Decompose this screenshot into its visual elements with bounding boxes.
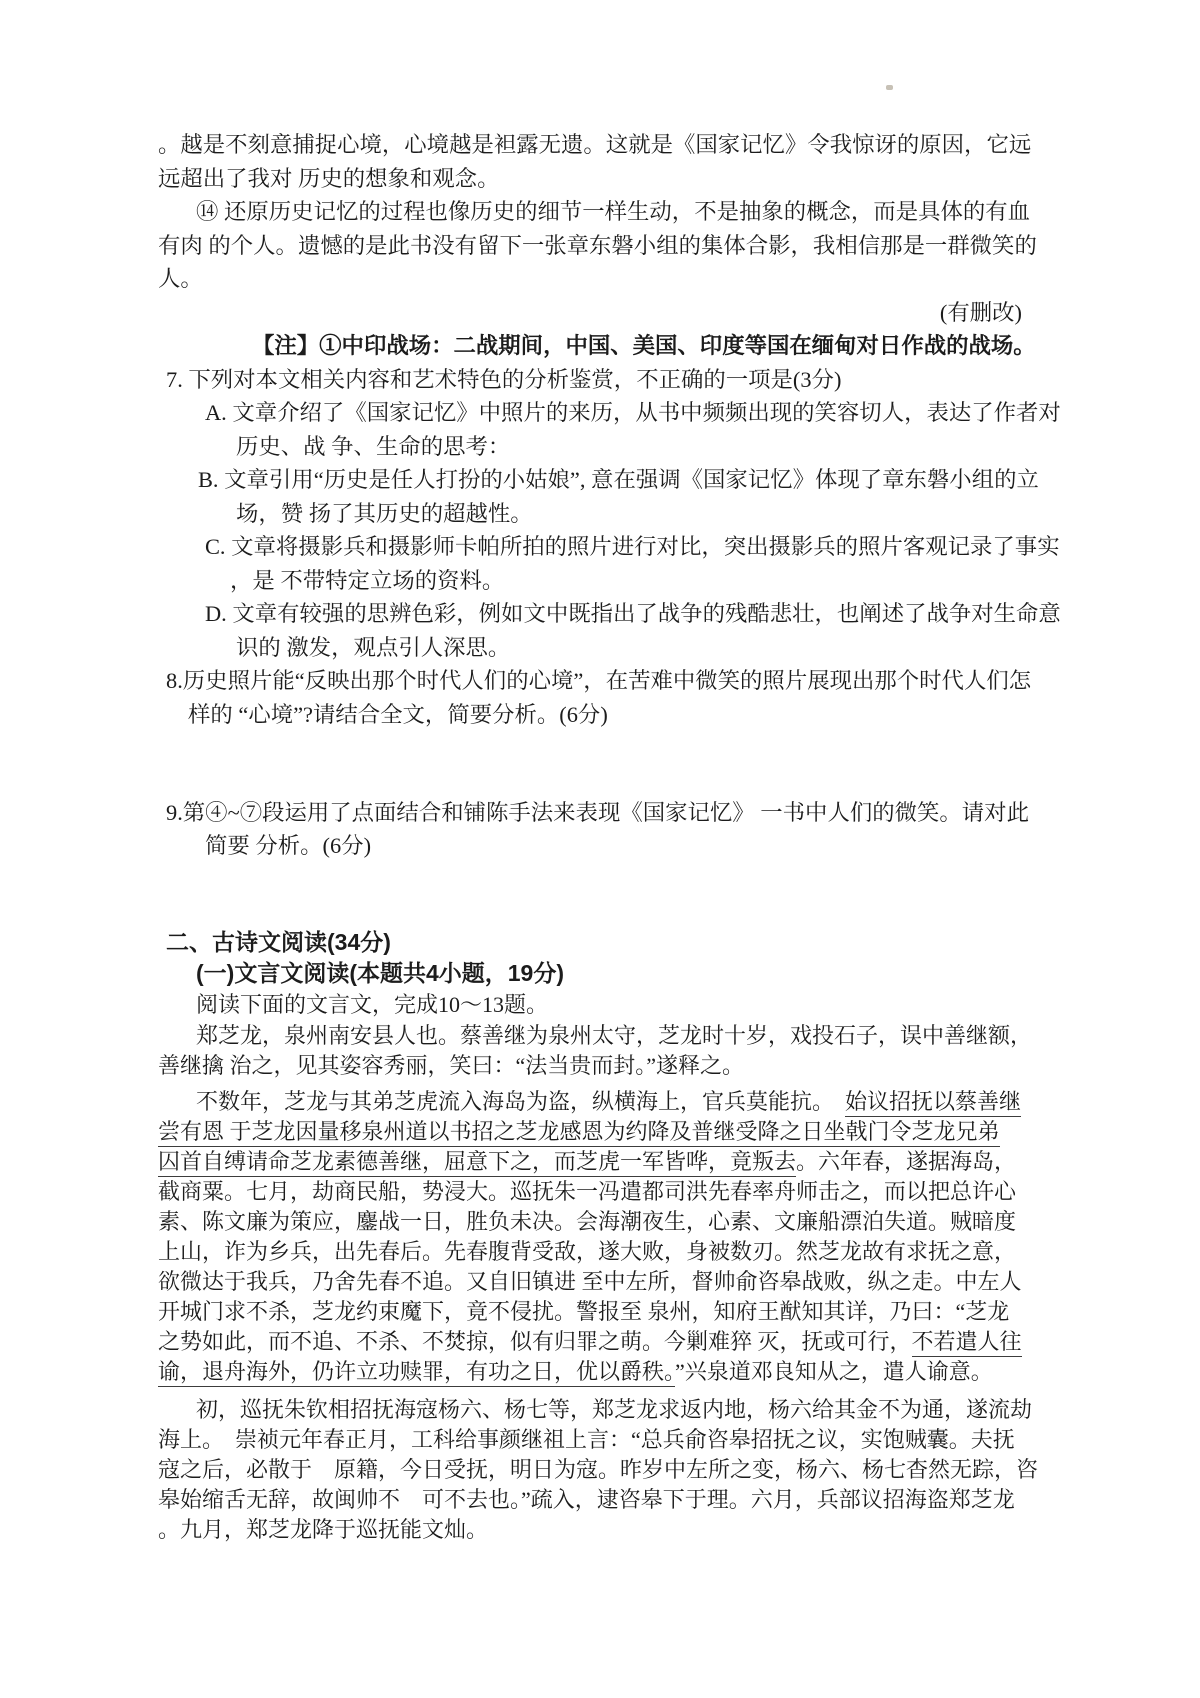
- underlined-passage: 始议招抚以蔡善继: [845, 1089, 1021, 1117]
- passage-line: 郑芝龙，泉州南安县人也。蔡善继为泉州太守，芝龙时十岁，戏投石子，误中善继额，: [158, 1021, 1050, 1051]
- question-9: 9.第④~⑦段运用了点面结合和铺陈手法来表现《国家记忆》 一书中人们的微笑。请对…: [158, 796, 1050, 829]
- passage-line: 开城门求不杀，芝龙约束魔下，竟不侵扰。警报至 泉州，知府王猷知其详，乃曰：“芝龙: [158, 1297, 1050, 1327]
- text-segment: 初，巡抚朱钦相招抚海寇杨六、杨七等，郑芝龙求返内地，杨六给其金不为通，遂流劫: [196, 1397, 1032, 1422]
- text-segment: 。越是不刻意捕捉心境，心境越是袒露无遗。这就是《国家记忆》令我惊讶的原因，它远: [158, 132, 1031, 157]
- passage-line: 截商粟。七月，劫商民船，势浸大。巡抚朱一冯遣都司洪先春率舟师击之，而以把总许心: [158, 1177, 1050, 1207]
- scan-artifact: [886, 85, 893, 90]
- footnote: 【注】①中印战场：二战期间，中国、美国、印度等国在缅甸对日作战的战场。: [158, 329, 1050, 363]
- passage-line: 囚首自缚请命芝龙素德善继，屈意下之，而芝虎一军皆哗，竟叛去。六年春，遂据海岛，: [158, 1147, 1050, 1177]
- text-segment: 场，赞 扬了其历史的超越性。: [236, 501, 533, 526]
- passage-line: 尝有恩 于芝龙因量移泉州道以书招之芝龙感恩为约降及普继受降之日坐戟门令芝龙兄弟: [158, 1117, 1050, 1147]
- text-segment: (有删改): [940, 300, 1022, 325]
- question-7-option-a: A. 文章介绍了《国家记忆》中照片的来历，从书中频频出现的笑容切人，表达了作者对: [158, 396, 1050, 430]
- question-8: 8.历史照片能“反映出那个时代人们的心境”，在苦难中微笑的照片展现出那个时代人们…: [158, 664, 1050, 698]
- section-2-1-title: (一)文言文阅读(本题共4小题，19分): [158, 958, 1050, 989]
- text-segment: 二、古诗文阅读(34分): [166, 929, 391, 955]
- text-segment: 素、陈文廉为策应，鏖战一日，胜负未决。会海潮夜生，心素、文廉船漂泊失道。贼暗度: [158, 1209, 1016, 1234]
- text-segment: 皋始缩舌无辞，故闽帅不 可不去也。”疏入，逮咨皋下于理。六月，兵部议招海盗郑芝龙: [158, 1487, 1015, 1512]
- text-segment: 识的 激发，观点引人深思。: [236, 635, 510, 660]
- document-content: 。越是不刻意捕捉心境，心境越是袒露无遗。这就是《国家记忆》令我惊讶的原因，它远远…: [158, 128, 1050, 1545]
- question-7-option-a: 历史、战 争、生命的思考：: [158, 430, 1050, 464]
- text-segment: 远超出了我对 历史的想象和观念。: [158, 166, 499, 191]
- passage-line: 海上。 崇祯元年春正月，工科给事颜继祖上言：“总兵俞咨皋招抚之议，实饱贼囊。夫抚: [158, 1425, 1050, 1455]
- text-segment: 开城门求不杀，芝龙约束魔下，竟不侵扰。警报至 泉州，知府王猷知其详，乃曰：“芝龙: [158, 1299, 1009, 1324]
- classical-passage-paragraph-1: 郑芝龙，泉州南安县人也。蔡善继为泉州太守，芝龙时十岁，戏投石子，误中善继额，善继…: [158, 1021, 1050, 1081]
- text-segment: 欲微达于我兵，乃舍先春不追。又自旧镇进 至中左所，督帅俞咨皋战败，纵之走。中左人: [158, 1269, 1022, 1294]
- text-segment: 。九月，郑芝龙降于巡抚能文灿。: [158, 1517, 488, 1542]
- underlined-passage: 谕，退舟海外，仍许立功赎罪，有功之日，优以爵秩。: [158, 1359, 675, 1387]
- passage-line: 素、陈文廉为策应，鏖战一日，胜负未决。会海潮夜生，心素、文廉船漂泊失道。贼暗度: [158, 1207, 1050, 1237]
- text-segment: 郑芝龙，泉州南安县人也。蔡善继为泉州太守，芝龙时十岁，戏投石子，误中善继额，: [196, 1023, 1032, 1048]
- passage-line: 欲微达于我兵，乃舍先春不追。又自旧镇进 至中左所，督帅俞咨皋战败，纵之走。中左人: [158, 1267, 1050, 1297]
- text-segment: 善继擒 治之，见其姿容秀丽，笑曰：“法当贵而封。”遂释之。: [158, 1053, 744, 1078]
- text-segment: 简要 分析。(6分): [205, 833, 371, 858]
- essay-line: ⑭ 还原历史记忆的过程也像历史的细节一样生动，不是抽象的概念，而是具体的有血: [158, 195, 1050, 229]
- question-8: 样的 “心境”?请结合全文，简要分析。(6分): [158, 698, 1050, 732]
- question-7-option-d: 识的 激发，观点引人深思。: [158, 631, 1050, 665]
- passage-line: 上山，诈为乡兵，出先春后。先春腹背受敌，遂大败，身被数刃。然芝龙故有求抚之意，: [158, 1237, 1050, 1267]
- exam-paper-page: 。越是不刻意捕捉心境，心境越是袒露无遗。这就是《国家记忆》令我惊讶的原因，它远远…: [0, 0, 1200, 1698]
- text-segment: A. 文章介绍了《国家记忆》中照片的来历，从书中频频出现的笑容切人，表达了作者对: [205, 400, 1061, 425]
- question-9: 简要 分析。(6分): [158, 829, 1050, 862]
- passage-line: 之势如此，而不追、不杀、不焚掠，似有归罪之萌。今剿难猝 灭，抚或可行，不若遣人往: [158, 1327, 1050, 1357]
- text-segment: ”兴泉道邓良知从之，遣人谕意。: [675, 1359, 993, 1384]
- essay-line: 有肉 的个人。遗憾的是此书没有留下一张章东磐小组的集体合影，我相信那是一群微笑的: [158, 229, 1050, 263]
- text-segment: 海上。 崇祯元年春正月，工科给事颜继祖上言：“总兵俞咨皋招抚之议，实饱贼囊。夫抚: [158, 1427, 1015, 1452]
- text-segment: D. 文章有较强的思辨色彩，例如文中既指出了战争的残酷悲壮，也阐述了战争对生命意: [205, 601, 1061, 626]
- text-segment: 8.历史照片能“反映出那个时代人们的心境”，在苦难中微笑的照片展现出那个时代人们…: [166, 668, 1031, 693]
- passage-line: 善继擒 治之，见其姿容秀丽，笑曰：“法当贵而封。”遂释之。: [158, 1051, 1050, 1081]
- reading-instruction: 阅读下面的文言文，完成10～13题。: [158, 989, 1050, 1020]
- text-segment: 寇之后，必散于 原籍，今日受抚，明日为寇。昨岁中左所之变，杨六、杨七杳然无踪，咨: [158, 1457, 1038, 1482]
- question-7-option-c: ，是 不带特定立场的资料。: [158, 564, 1050, 598]
- text-segment: 不数年，芝龙与其弟芝虎流入海岛为盗，纵横海上，官兵莫能抗。: [196, 1089, 845, 1114]
- text-segment: 有肉 的个人。遗憾的是此书没有留下一张章东磐小组的集体合影，我相信那是一群微笑的: [158, 233, 1037, 258]
- text-segment: (一)文言文阅读(本题共4小题，19分): [196, 960, 564, 986]
- underlined-passage: 不若遣人往: [912, 1329, 1022, 1357]
- question-7-option-c: C. 文章将摄影兵和摄影师卡帕所拍的照片进行对比，突出摄影兵的照片客观记录了事实: [158, 530, 1050, 564]
- text-segment: 阅读下面的文言文，完成10～13题。: [196, 992, 548, 1017]
- text-segment: 上山，诈为乡兵，出先春后。先春腹背受敌，遂大败，身被数刃。然芝龙故有求抚之意，: [158, 1239, 1016, 1264]
- question-7-option-b: B. 文章引用“历史是任人打扮的小姑娘”, 意在强调《国家记忆》体现了章东磐小组…: [158, 463, 1050, 497]
- underlined-passage: 囚首自缚请命: [158, 1149, 290, 1177]
- text-segment: C. 文章将摄影兵和摄影师卡帕所拍的照片进行对比，突出摄影兵的照片客观记录了事实: [205, 534, 1060, 559]
- text-segment: 7. 下列对本文相关内容和艺术特色的分析鉴赏，不正确的一项是(3分): [166, 367, 841, 392]
- text-segment: ，是 不带特定立场的资料。: [230, 568, 504, 593]
- question-7-stem: 7. 下列对本文相关内容和艺术特色的分析鉴赏，不正确的一项是(3分): [158, 363, 1050, 397]
- question-7-option-d: D. 文章有较强的思辨色彩，例如文中既指出了战争的残酷悲壮，也阐述了战争对生命意: [158, 597, 1050, 631]
- passage-line: 初，巡抚朱钦相招抚海寇杨六、杨七等，郑芝龙求返内地，杨六给其金不为通，遂流劫: [158, 1395, 1050, 1425]
- question-7-option-b: 场，赞 扬了其历史的超越性。: [158, 497, 1050, 531]
- section-2-title: 二、古诗文阅读(34分): [158, 927, 1050, 958]
- text-segment: 之势如此，而不追、不杀、不焚掠，似有归罪之萌。今剿难猝 灭，抚或可行，: [158, 1329, 912, 1354]
- essay-end-and-questions-7-8: 。越是不刻意捕捉心境，心境越是袒露无遗。这就是《国家记忆》令我惊讶的原因，它远远…: [158, 128, 1050, 731]
- underlined-passage: 芝龙素德善继，屈意下之，而芝虎一军皆哗，竟叛去: [290, 1149, 796, 1177]
- section-2-headings: 二、古诗文阅读(34分)(一)文言文阅读(本题共4小题，19分)阅读下面的文言文…: [158, 927, 1050, 1020]
- essay-line: 。越是不刻意捕捉心境，心境越是袒露无遗。这就是《国家记忆》令我惊讶的原因，它远: [158, 128, 1050, 162]
- classical-passage-paragraph-3: 初，巡抚朱钦相招抚海寇杨六、杨七等，郑芝龙求返内地，杨六给其金不为通，遂流劫海上…: [158, 1395, 1050, 1545]
- underlined-passage: 尝有恩 于芝龙因量移泉州道以书招之芝龙感恩为约降及普继受降之日坐戟门令芝龙兄弟: [158, 1119, 1000, 1147]
- text-segment: ⑭ 还原历史记忆的过程也像历史的细节一样生动，不是抽象的概念，而是具体的有血: [196, 199, 1030, 224]
- essay-line: 远超出了我对 历史的想象和观念。: [158, 162, 1050, 196]
- passage-line: 谕，退舟海外，仍许立功赎罪，有功之日，优以爵秩。”兴泉道邓良知从之，遣人谕意。: [158, 1357, 1050, 1387]
- text-segment: 【注】①中印战场：二战期间，中国、美国、印度等国在缅甸对日作战的战场。: [252, 333, 1036, 358]
- deleted-note: (有删改): [158, 296, 1050, 330]
- text-segment: 截商粟。七月，劫商民船，势浸大。巡抚朱一冯遣都司洪先春率舟师击之，而以把总许心: [158, 1179, 1016, 1204]
- text-segment: 历史、战 争、生命的思考：: [236, 434, 510, 459]
- text-segment: 9.第④~⑦段运用了点面结合和铺陈手法来表现《国家记忆》 一书中人们的微笑。请对…: [166, 800, 1029, 825]
- passage-line: 皋始缩舌无辞，故闽帅不 可不去也。”疏入，逮咨皋下于理。六月，兵部议招海盗郑芝龙: [158, 1485, 1050, 1515]
- question-9: 9.第④~⑦段运用了点面结合和铺陈手法来表现《国家记忆》 一书中人们的微笑。请对…: [158, 796, 1050, 862]
- essay-line: 人。: [158, 262, 1050, 296]
- passage-line: 寇之后，必散于 原籍，今日受抚，明日为寇。昨岁中左所之变，杨六、杨七杳然无踪，咨: [158, 1455, 1050, 1485]
- passage-line: 不数年，芝龙与其弟芝虎流入海岛为盗，纵横海上，官兵莫能抗。 始议招抚以蔡善继: [158, 1087, 1050, 1117]
- text-segment: B. 文章引用“历史是任人打扮的小姑娘”, 意在强调《国家记忆》体现了章东磐小组…: [198, 467, 1039, 492]
- passage-line: 。九月，郑芝龙降于巡抚能文灿。: [158, 1515, 1050, 1545]
- text-segment: 。六年春，遂据海岛，: [796, 1149, 1016, 1174]
- classical-passage-paragraph-2: 不数年，芝龙与其弟芝虎流入海岛为盗，纵横海上，官兵莫能抗。 始议招抚以蔡善继尝有…: [158, 1087, 1050, 1387]
- text-segment: 样的 “心境”?请结合全文，简要分析。(6分): [188, 702, 608, 727]
- text-segment: 人。: [158, 266, 203, 291]
